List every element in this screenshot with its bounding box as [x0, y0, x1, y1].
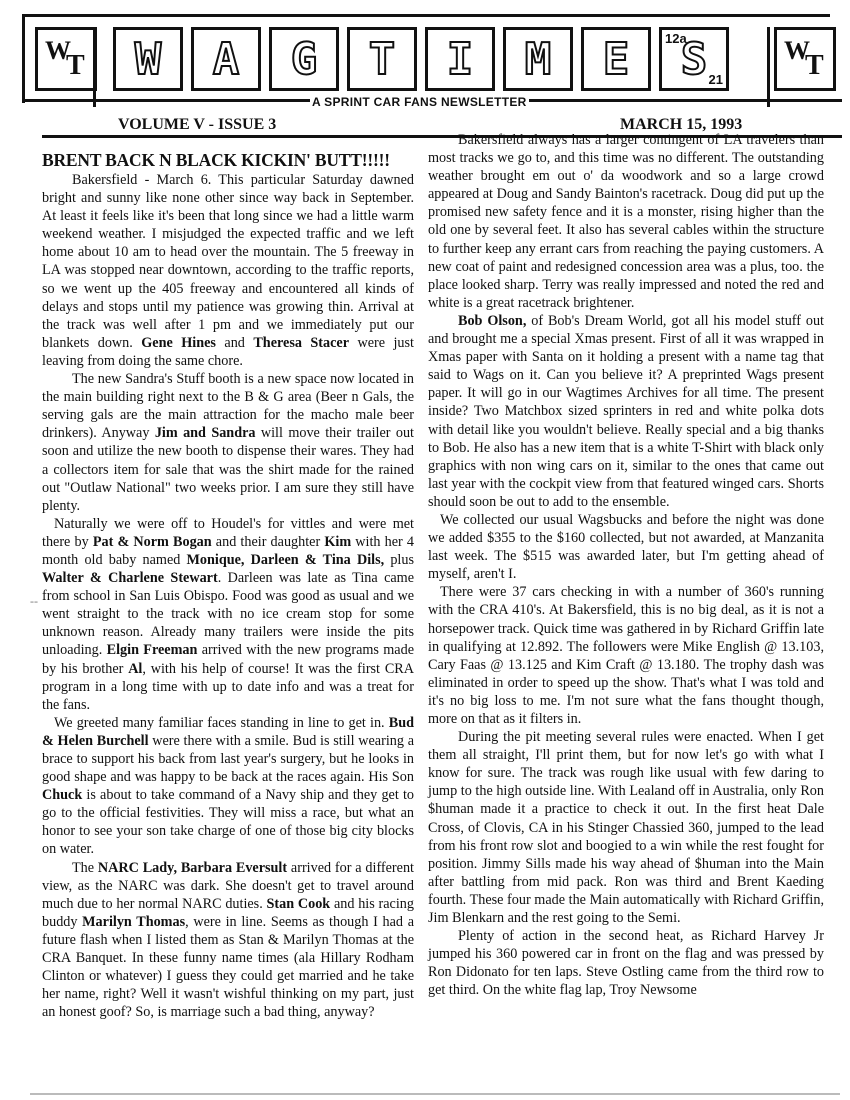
right-paragraphs: Bakersfield always has a larger continge… [428, 131, 824, 1000]
article-paragraph: Naturally we were off to Houdel's for vi… [42, 515, 414, 714]
page-bottom-edge [30, 1093, 840, 1095]
article-paragraph: Plenty of action in the second heat, as … [428, 927, 824, 999]
bold-name: Pat & Norm Bogan [93, 534, 212, 550]
paragraph-text: There were 37 cars checking in with a nu… [428, 584, 824, 727]
bold-name: Stan Cook [267, 896, 331, 912]
article-paragraph: Bakersfield - March 6. This particular S… [42, 171, 414, 370]
paragraph-text: and their daughter [212, 534, 325, 550]
bold-name: Elgin Freeman [107, 642, 198, 658]
left-column: BRENT BACK N BLACK KICKIN' BUTT!!!!! Bak… [42, 150, 414, 1021]
title-letter: E [581, 27, 651, 91]
right-column: Bakersfield always has a larger continge… [428, 131, 824, 1000]
logo-t: T [66, 50, 85, 82]
paragraph-text: is about to take command of a Navy ship … [42, 787, 414, 857]
margin-mark: -- [30, 594, 38, 609]
article-paragraph: We collected our usual Wagsbucks and bef… [428, 511, 824, 583]
paragraph-text: The [72, 860, 98, 876]
flag-post-right [767, 27, 770, 107]
title-letter: I [425, 27, 495, 91]
masthead-title: W A G T I M E S 12a 21 [113, 27, 729, 89]
paragraph-text: plus [384, 552, 414, 568]
article-paragraph: The new Sandra's Stuff booth is a new sp… [42, 370, 414, 515]
bold-name: Walter & Charlene Stewart [42, 570, 218, 586]
article-paragraph: During the pit meeting several rules wer… [428, 728, 824, 927]
article-paragraph: There were 37 cars checking in with a nu… [428, 583, 824, 728]
paragraph-text: During the pit meeting several rules wer… [428, 729, 824, 926]
masthead-frame: W T W A G T I M E S 12a 21 W T [22, 14, 830, 103]
title-letter: A [191, 27, 261, 91]
paragraph-text: We greeted many familiar faces standing … [54, 715, 389, 731]
bold-name: Monique, Darleen & Tina Dils, [187, 552, 385, 568]
paragraph-text: of Bob's Dream World, got all his model … [428, 313, 824, 510]
tagline: A SPRINT CAR FANS NEWSLETTER [310, 95, 529, 109]
title-letter: W [113, 27, 183, 91]
paragraph-text: We collected our usual Wagsbucks and bef… [428, 512, 824, 582]
left-paragraphs: Bakersfield - March 6. This particular S… [42, 171, 414, 1021]
article-paragraph: We greeted many familiar faces standing … [42, 714, 414, 859]
s-bottom-label: 21 [709, 72, 723, 87]
s-top-label: 12a [665, 31, 687, 46]
paragraph-text: and [216, 335, 253, 351]
paragraph-text: Bakersfield - March 6. This particular S… [42, 172, 414, 351]
title-letter: G [269, 27, 339, 91]
volume-issue: VOLUME V - ISSUE 3 [118, 116, 276, 134]
article-paragraph: Bob Olson, of Bob's Dream World, got all… [428, 312, 824, 511]
article-paragraph: The NARC Lady, Barbara Eversult arrived … [42, 859, 414, 1022]
bold-name: Gene Hines [141, 335, 216, 351]
paragraph-text: Plenty of action in the second heat, as … [428, 928, 824, 998]
bold-name: Al [128, 661, 142, 677]
article-headline: BRENT BACK N BLACK KICKIN' BUTT!!!!! [42, 150, 414, 170]
bold-name: Bob Olson, [458, 313, 526, 329]
bold-name: Jim and Sandra [155, 425, 256, 441]
article-paragraph: Bakersfield always has a larger continge… [428, 131, 824, 312]
logo-t: T [805, 50, 824, 82]
bold-name: NARC Lady, Barbara Eversult [98, 860, 287, 876]
bold-name: Marilyn Thomas [82, 914, 185, 930]
wt-logo-right: W T [774, 27, 836, 91]
title-letter-s: S 12a 21 [659, 27, 729, 91]
title-letter: M [503, 27, 573, 91]
bold-name: Chuck [42, 787, 82, 803]
paragraph-text: Bakersfield always has a larger continge… [428, 132, 824, 311]
bold-name: Kim [324, 534, 351, 550]
flag-post-left [93, 27, 96, 107]
wt-logo-left: W T [35, 27, 97, 91]
bold-name: Theresa Stacer [253, 335, 349, 351]
title-letter: T [347, 27, 417, 91]
